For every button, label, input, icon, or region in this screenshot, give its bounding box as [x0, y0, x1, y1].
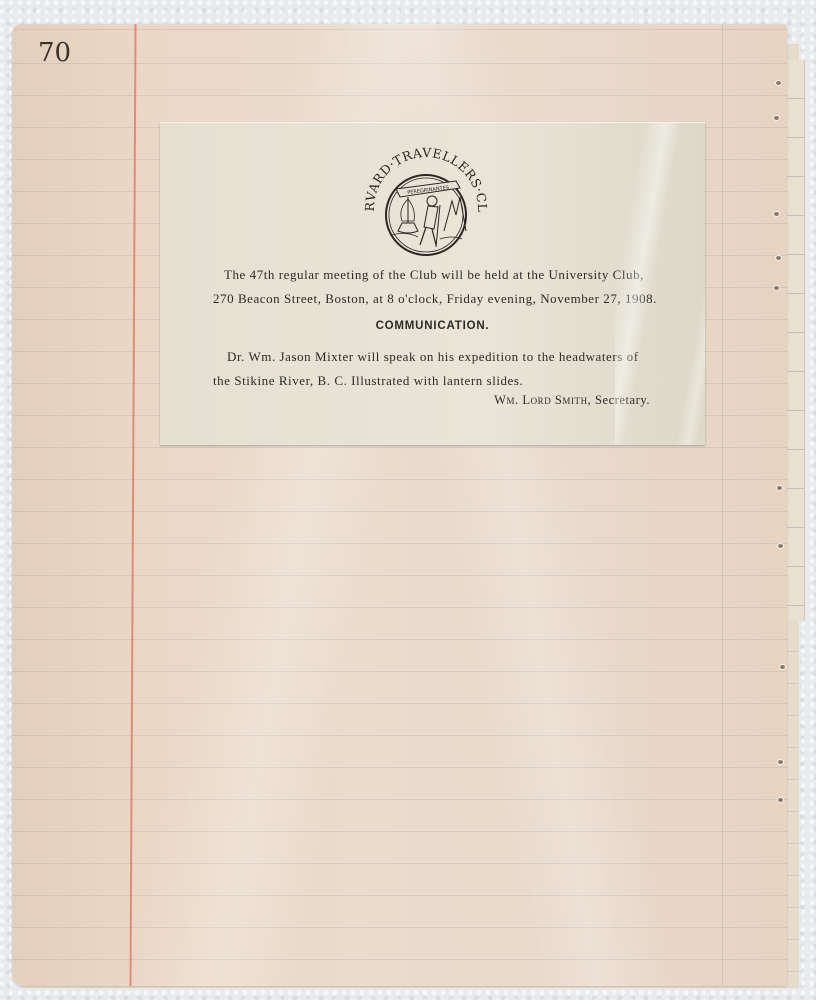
speaker-line-2: the Stikine River, B. C. Illustrated wit…: [213, 373, 705, 389]
binding-hole-icon: [774, 116, 779, 120]
red-margin-line: [129, 24, 136, 986]
signature: Wm. Lord Smith, Secretary.: [494, 393, 650, 408]
traveller-seal-icon: ·HARVARD·TRAVELLERS·CLUB· PEREGRINANTES: [356, 131, 496, 259]
right-margin-line: [722, 24, 723, 986]
notice-line-2: 270 Beacon Street, Boston, at 8 o'clock,…: [213, 291, 705, 307]
page-number: 70: [38, 38, 71, 68]
binding-hole-icon: [776, 81, 781, 85]
binding-hole-icon: [778, 544, 783, 548]
binding-hole-icon: [777, 486, 782, 490]
speaker-line-1: Dr. Wm. Jason Mixter will speak on his e…: [227, 349, 705, 365]
binding-hole-icon: [778, 760, 783, 764]
meeting-notice-card: ·HARVARD·TRAVELLERS·CLUB· PEREGRINANTES …: [160, 122, 705, 445]
svg-text:·HARVARD·TRAVELLERS·CLUB·: ·HARVARD·TRAVELLERS·CLUB·: [356, 131, 490, 212]
secretary-name: Wm. Lord Smith,: [494, 393, 591, 407]
communication-heading: COMMUNICATION.: [160, 320, 705, 332]
binding-hole-icon: [778, 798, 783, 802]
binding-hole-icon: [776, 256, 781, 260]
binding-hole-icon: [774, 212, 779, 216]
binding-hole-icon: [780, 665, 785, 669]
notice-line-1: The 47th regular meeting of the Club wil…: [224, 267, 705, 283]
secretary-title: Secretary.: [595, 393, 650, 407]
binding-hole-icon: [774, 286, 779, 290]
